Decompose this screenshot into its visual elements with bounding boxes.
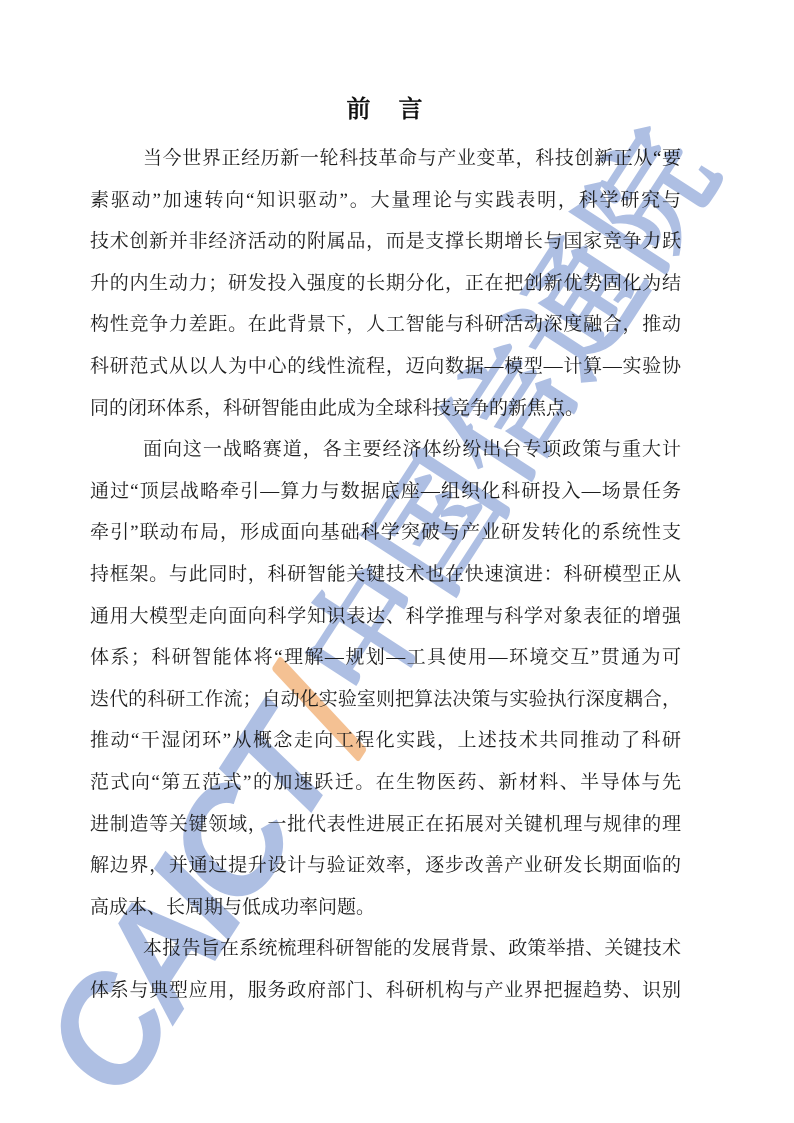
text-line: 体系；科研智能体将“理解—规划—工具使用—环境交互”贯通为可	[90, 637, 681, 679]
document-page: CAICT 中国信通院 前 言 当今世界正经历新一轮科技革命与产业变革，科技创新…	[0, 0, 794, 1123]
text-line: 迭代的科研工作流；自动化实验室则把算法决策与实验执行深度耦合，	[90, 679, 681, 721]
text-line: 技术创新并非经济活动的附属品，而是支撑长期增长与国家竞争力跃	[90, 221, 681, 263]
text-line: 解边界，并通过提升设计与验证效率，逐步改善产业研发长期面临的	[90, 845, 681, 887]
text-line: 体系与典型应用，服务政府部门、科研机构与产业界把握趋势、识别	[90, 970, 681, 1012]
text-line: 范式向“第五范式”的加速跃迁。在生物医药、新材料、半导体与先	[90, 762, 681, 804]
document-content: 前 言 当今世界正经历新一轮科技革命与产业变革，科技创新正从“要素驱动”加速转向…	[90, 92, 681, 1011]
text-line: 面向这一战略赛道，各主要经济体纷纷出台专项政策与重大计划，	[90, 429, 681, 471]
text-line: 素驱动”加速转向“知识驱动”。大量理论与实践表明，科学研究与	[90, 180, 681, 222]
text-line: 构性竞争力差距。在此背景下，人工智能与科研活动深度融合，推动	[90, 304, 681, 346]
text-line: 持框架。与此同时，科研智能关键技术也在快速演进：科研模型正从	[90, 554, 681, 596]
text-line: 同的闭环体系，科研智能由此成为全球科技竞争的新焦点。	[90, 388, 681, 430]
text-line: 高成本、长周期与低成功率问题。	[90, 887, 681, 929]
text-line: 进制造等关键领域，一批代表性进展正在拓展对关键机理与规律的理	[90, 804, 681, 846]
text-line: 通过“顶层战略牵引—算力与数据底座—组织化科研投入—场景任务	[90, 471, 681, 513]
text-line: 当今世界正经历新一轮科技革命与产业变革，科技创新正从“要	[90, 138, 681, 180]
text-line: 本报告旨在系统梳理科研智能的发展背景、政策举措、关键技术	[90, 928, 681, 970]
text-line: 牵引”联动布局，形成面向基础科学突破与产业研发转化的系统性支	[90, 512, 681, 554]
text-line: 推动“干湿闭环”从概念走向工程化实践，上述技术共同推动了科研	[90, 720, 681, 762]
text-line: 升的内生动力；研发投入强度的长期分化，正在把创新优势固化为结	[90, 263, 681, 305]
page-title: 前 言	[90, 92, 681, 128]
document-body: 当今世界正经历新一轮科技革命与产业变革，科技创新正从“要素驱动”加速转向“知识驱…	[90, 138, 681, 1011]
text-line: 通用大模型走向面向科学知识表达、科学推理与科学对象表征的增强	[90, 596, 681, 638]
text-line: 科研范式从以人为中心的线性流程，迈向数据—模型—计算—实验协	[90, 346, 681, 388]
